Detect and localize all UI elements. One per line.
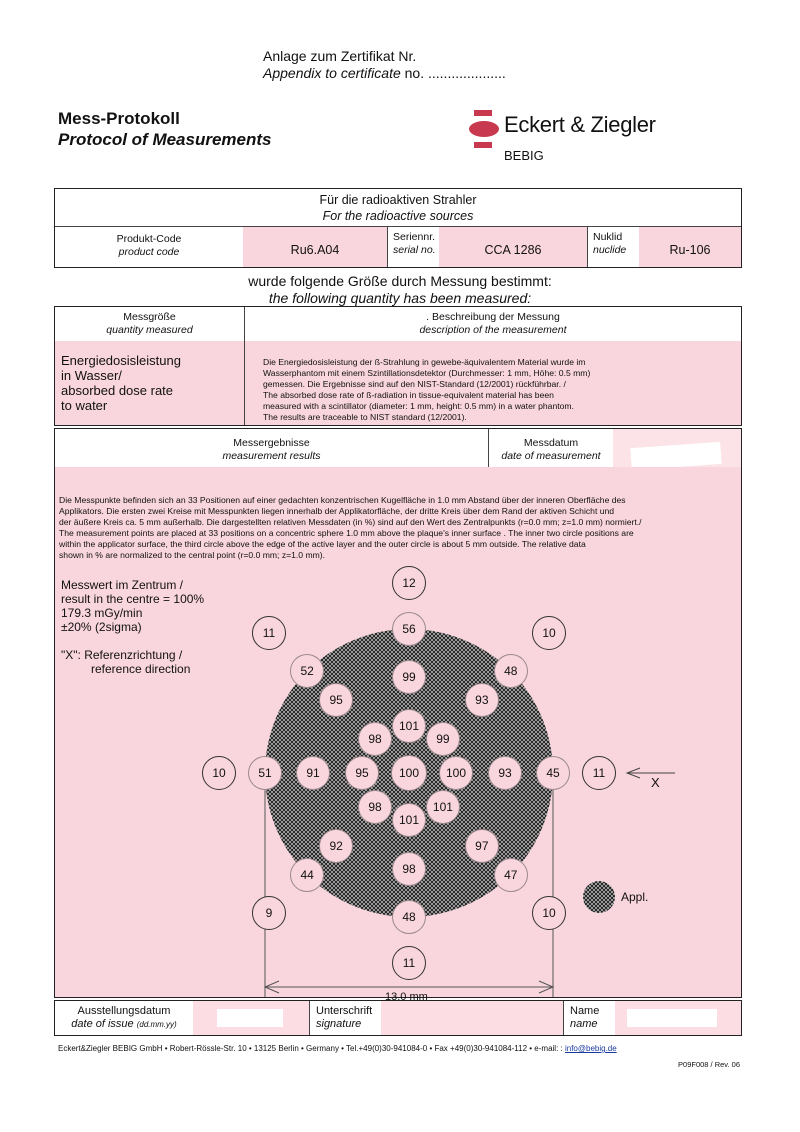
serial-value: CCA 1286 — [439, 227, 587, 267]
title-en: Protocol of Measurements — [58, 129, 272, 150]
measurement-point: 11 — [392, 946, 426, 980]
nuclide-label: Nuklid nuclide — [587, 227, 639, 267]
measurement-point: 101 — [392, 709, 426, 743]
quantity-column-header: Messgröße quantity measured — [55, 307, 245, 341]
measurement-point: 98 — [358, 722, 392, 756]
logo-mark-icon — [468, 110, 500, 148]
measurement-point: 93 — [488, 756, 522, 790]
certificate-appendix: Anlage zum Zertifikat Nr. Appendix to ce… — [263, 48, 506, 82]
measurement-point: 48 — [494, 654, 528, 688]
document-title: Mess-Protokoll Protocol of Measurements — [58, 108, 272, 150]
appendix-en: Appendix to certificate — [263, 65, 401, 81]
legend-applicator-swatch — [583, 881, 615, 913]
measurement-point: 98 — [358, 790, 392, 824]
sources-table-header: Für die radioaktiven Strahler For the ra… — [55, 189, 741, 227]
measurement-point: 12 — [392, 566, 426, 600]
legend-label: Appl. — [621, 890, 648, 904]
measurement-date-value — [613, 429, 741, 467]
nuclide-value: Ru-106 — [639, 227, 741, 267]
measurement-point: 100 — [439, 756, 473, 790]
issue-date-value — [193, 1001, 309, 1035]
measurement-point: 97 — [465, 829, 499, 863]
measurement-point: 10 — [532, 896, 566, 930]
company-logo: Eckert & Ziegler BEBIG — [468, 110, 500, 153]
sources-title-en: For the radioactive sources — [55, 208, 741, 224]
measurement-point: 9 — [252, 896, 286, 930]
name-value — [615, 1001, 741, 1035]
quantity-table: Messgröße quantity measured . Beschreibu… — [54, 306, 742, 426]
measurement-point: 11 — [252, 616, 286, 650]
signoff-table: Ausstellungsdatum date of issue (dd.mm.y… — [54, 1000, 742, 1036]
measurement-point: 95 — [345, 756, 379, 790]
name-label: Name name — [563, 1001, 615, 1035]
measurement-point: 92 — [319, 829, 353, 863]
company-footer: Eckert&Ziegler BEBIG GmbH • Robert-Rössl… — [58, 1044, 617, 1053]
measurement-point: 51 — [248, 756, 282, 790]
direction-label: X — [651, 775, 660, 790]
measurement-point: 93 — [465, 683, 499, 717]
appendix-de: Anlage zum Zertifikat Nr. — [263, 48, 506, 65]
results-table: Messergebnisse measurement results Messd… — [54, 428, 742, 998]
measurement-description: Die Energiedosisleistung der ß-Strahlung… — [245, 341, 741, 425]
signature-field — [381, 1001, 563, 1035]
measurement-point: 10 — [532, 616, 566, 650]
measurement-point: 10 — [202, 756, 236, 790]
title-de: Mess-Protokoll — [58, 108, 272, 129]
measurement-point: 99 — [392, 660, 426, 694]
measurement-point: 44 — [290, 858, 324, 892]
measurement-point: 45 — [536, 756, 570, 790]
measurement-point: 101 — [392, 803, 426, 837]
measurement-date-label: Messdatum date of measurement — [489, 429, 613, 467]
description-column-header: . Beschreibung der Messung description o… — [245, 307, 741, 341]
quantity-measured-value: Energiedosisleistung in Wasser/ absorbed… — [55, 341, 245, 425]
product-code-value: Ru6.A04 — [243, 227, 387, 267]
measurement-point: 100 — [391, 755, 427, 791]
form-revision: P09F008 / Rev. 06 — [678, 1060, 740, 1069]
measurement-point: 48 — [392, 900, 426, 934]
measurement-point: 91 — [296, 756, 330, 790]
serial-label: Seriennr. serial no. — [387, 227, 439, 267]
sources-title-de: Für die radioaktiven Strahler — [55, 192, 741, 208]
measurement-point: 56 — [392, 612, 426, 646]
sources-table: Für die radioaktiven Strahler For the ra… — [54, 188, 742, 268]
measurement-point: 11 — [582, 756, 616, 790]
appendix-number: no. .................... — [405, 65, 506, 81]
measurement-point: 99 — [426, 722, 460, 756]
issue-date-label: Ausstellungsdatum date of issue (dd.mm.y… — [55, 1001, 193, 1035]
product-code-label: Produkt-Code product code — [55, 227, 243, 267]
results-header: Messergebnisse measurement results — [55, 429, 489, 467]
logo-brand: Eckert & Ziegler — [504, 112, 656, 138]
measurement-point: 47 — [494, 858, 528, 892]
measurement-point: 101 — [426, 790, 460, 824]
logo-sub: BEBIG — [504, 148, 544, 163]
signature-label: Unterschrift signature — [309, 1001, 381, 1035]
email-link[interactable]: info@bebig.de — [565, 1044, 617, 1053]
measurement-point: 98 — [392, 852, 426, 886]
measured-intro: wurde folgende Größe durch Messung besti… — [0, 273, 800, 307]
